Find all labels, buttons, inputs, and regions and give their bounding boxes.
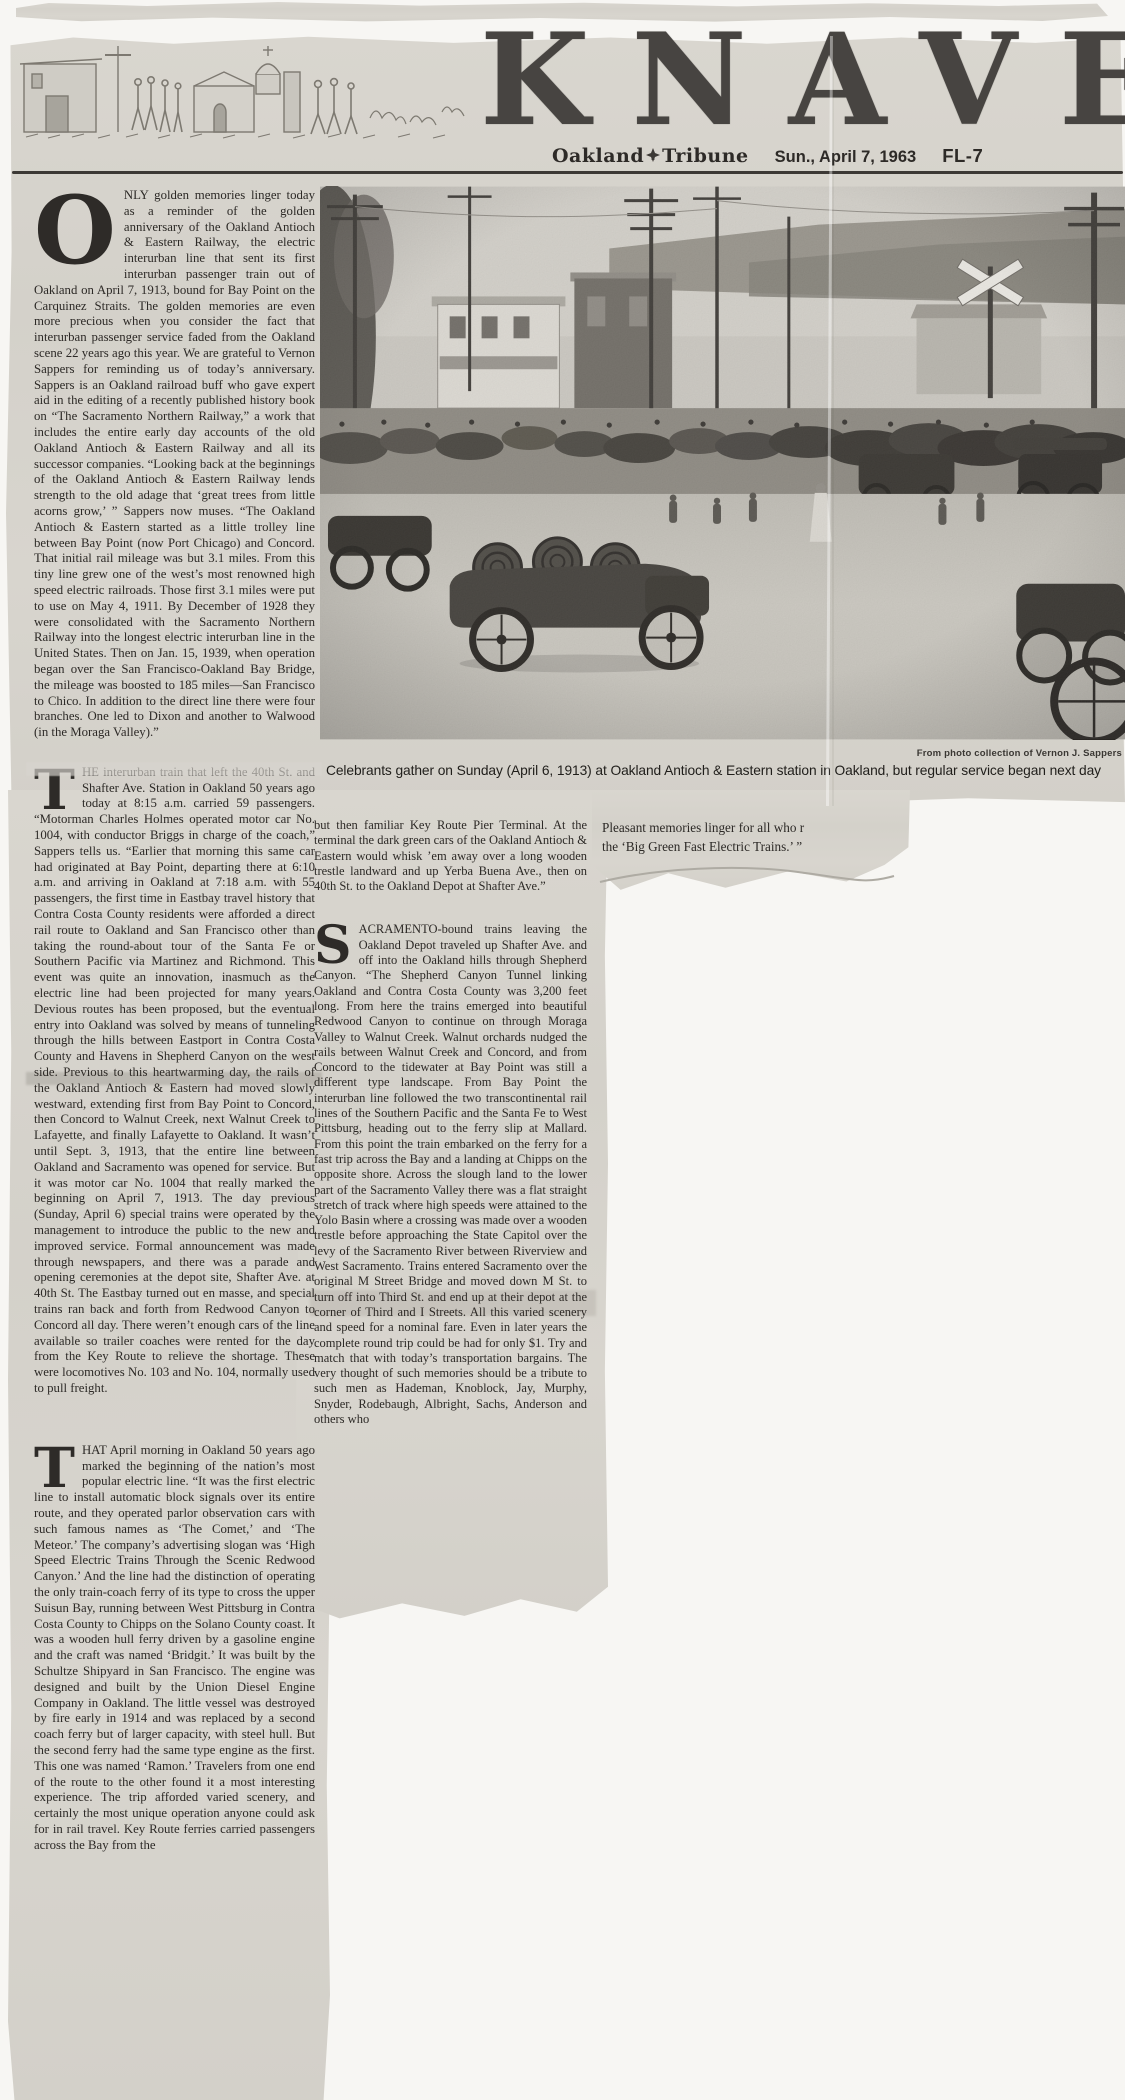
right-figures — [311, 79, 357, 134]
article-section-1: ONLY golden memories linger today as a r… — [34, 188, 315, 741]
dateline: Oakland Tribune Sun., April 7, 1963 FL-7 — [552, 145, 983, 167]
publication-prefix: Oakland — [552, 145, 644, 167]
article-closing-line-2: the ‘Big Green Fast Electric Trains.’ ” — [602, 837, 900, 856]
photo-credit: From photo collection of Vernon J. Sappe… — [330, 748, 1122, 759]
paper-torn-sliver — [16, 2, 1108, 22]
article-continuation-paragraph: but then familiar Key Route Pier Termina… — [314, 818, 587, 894]
church — [194, 46, 300, 132]
historic-station-photo — [320, 186, 1125, 740]
article-section-sacramento-text: ACRAMENTO-bound trains leaving the Oakla… — [314, 922, 587, 1426]
article-section-3: THAT April morning in Oakland 50 years a… — [34, 1443, 315, 1854]
ink-smudge-band-2 — [310, 1290, 596, 1316]
masthead-title: KNAVE — [480, 24, 1125, 142]
fold-crease-shadow — [832, 36, 834, 806]
article-closing-line-1: Pleasant memories linger for all who r — [602, 818, 900, 837]
shrubs — [370, 107, 464, 125]
tribune-tower-icon — [645, 146, 661, 168]
issue-date: Sun., April 7, 1963 — [775, 148, 917, 167]
article-section-3-text: HAT April morning in Oakland 50 years ag… — [34, 1443, 315, 1852]
article-section-sacramento: SACRAMENTO-bound trains leaving the Oakl… — [314, 922, 587, 1427]
masthead-divider-rule — [12, 171, 1123, 174]
article-column-2: but then familiar Key Route Pier Termina… — [314, 818, 587, 1427]
drop-cap-o: O — [34, 193, 116, 269]
newspaper-clipping-scan: { "masthead": { "title": "KNAVE", "publi… — [0, 0, 1125, 2100]
masthead-illustration — [18, 42, 476, 142]
photo-caption: Celebrants gather on Sunday (April 6, 19… — [326, 763, 1125, 778]
mission-building — [20, 59, 102, 132]
cross-pole — [105, 46, 131, 132]
publication-suffix: Tribune — [662, 145, 749, 167]
procession-figures — [132, 77, 182, 132]
article-column-3: Pleasant memories linger for all who r t… — [602, 818, 900, 856]
ground-hatching — [26, 134, 445, 138]
article-column-1: ONLY golden memories linger today as a r… — [34, 188, 315, 1853]
ink-smudge-band — [26, 1072, 322, 1085]
publication-name: Oakland Tribune — [552, 145, 749, 167]
crease-faded-text-band — [26, 762, 322, 776]
drop-cap-t2: T — [34, 1446, 75, 1490]
torn-edge-line — [598, 862, 898, 888]
drop-cap-s: S — [314, 925, 352, 967]
page-number: FL-7 — [942, 145, 983, 167]
photo-grain — [320, 187, 1125, 740]
